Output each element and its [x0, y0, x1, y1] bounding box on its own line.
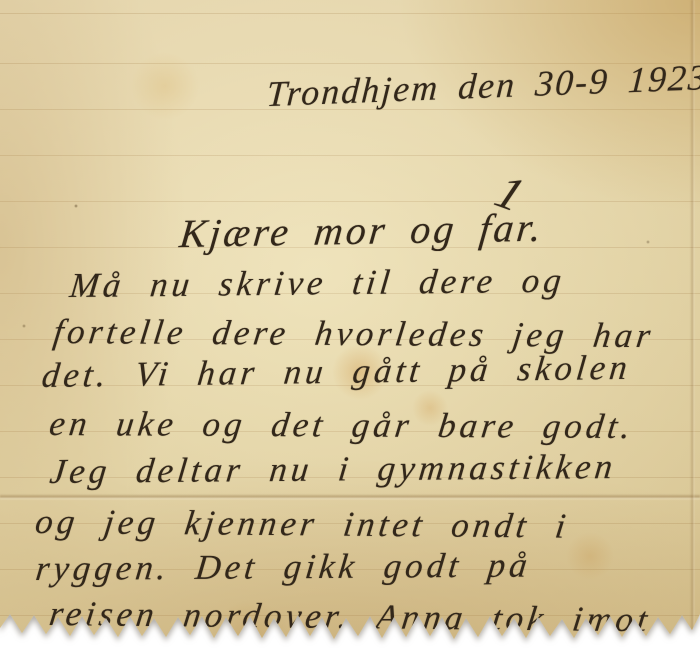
handwriting-line: en uke og det går bare godt.: [48, 406, 637, 444]
horizontal-fold-crease: [0, 494, 700, 500]
handwriting-line: reisen nordover. Anna tok imot: [47, 596, 653, 637]
handwriting-line: ryggen. Det gikk godt på: [34, 548, 533, 586]
handwriting-line: det. Vi har nu gått på skolen: [40, 350, 633, 393]
handwriting-line: og jeg kjenner intet ondt i: [33, 504, 571, 544]
letter-scan: Trondhjem den 30-9 1923. 1 Kjære mor og …: [0, 0, 700, 648]
salutation: Kjære mor og far.: [178, 208, 546, 254]
dateline: Trondhjem den 30-9 1923.: [266, 59, 700, 112]
letter-paper: Trondhjem den 30-9 1923. 1 Kjære mor og …: [0, 0, 700, 648]
handwriting-line: fortelle dere hvorledes jeg har: [51, 314, 656, 353]
handwriting-line: Må nu skrive til dere og: [68, 263, 567, 303]
handwriting-line: Jeg deltar nu i gymnastikken: [48, 449, 618, 489]
